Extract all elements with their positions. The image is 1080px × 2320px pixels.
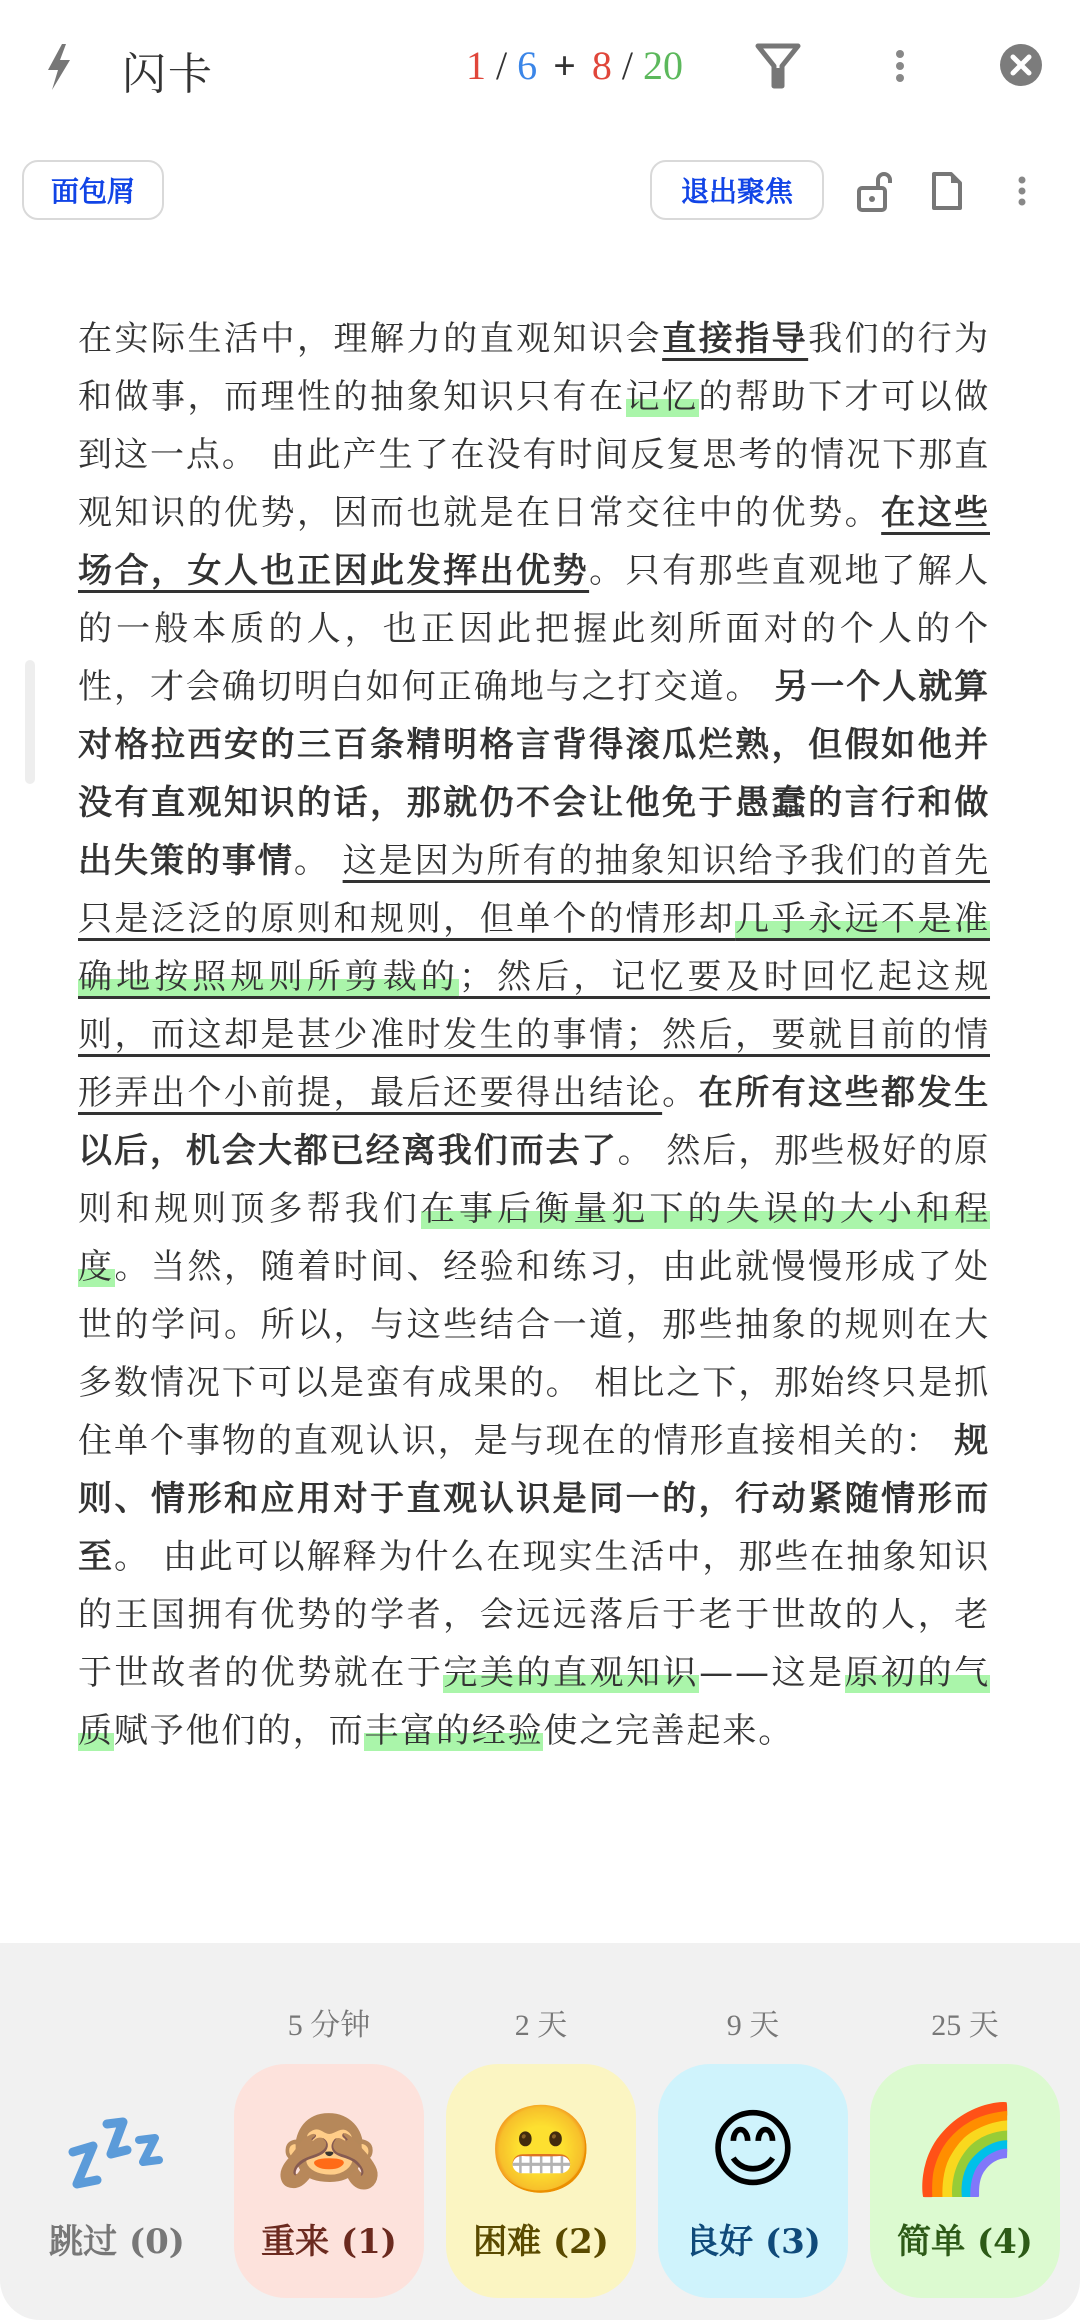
counter-separator: / xyxy=(496,42,507,89)
bold-text: 直接指导 xyxy=(662,319,808,359)
document-icon xyxy=(930,170,964,212)
good-label: 良好 (3) xyxy=(685,2214,821,2263)
text-segment: 在实际生活中，理解力的直观知识会 xyxy=(78,319,662,359)
filter-icon xyxy=(754,42,802,90)
flashcard-screen: 闪卡 1 / 6 + 8 / 20 面包 xyxy=(0,0,1080,2320)
text-segment: 。当然，随着时间、经验和练习，由此就慢慢形成了处世的学问。所以，与这些结合一道，… xyxy=(78,1247,990,1461)
text-segment: 。 xyxy=(294,841,343,881)
breadcrumb-button[interactable]: 面包屑 xyxy=(22,160,164,220)
filter-button[interactable] xyxy=(752,40,804,92)
page-title: 闪卡 xyxy=(122,38,214,102)
unlock-icon xyxy=(856,170,892,212)
document-button[interactable] xyxy=(930,170,964,212)
close-button[interactable] xyxy=(1000,44,1042,86)
interval-easy: 25 天 xyxy=(870,2000,1060,2044)
counter-total: 20 xyxy=(643,42,683,89)
hard-button[interactable]: 😬 困难 (2) xyxy=(446,2064,636,2298)
more-options-button[interactable] xyxy=(884,40,916,92)
interval-again: 5 分钟 xyxy=(234,2000,424,2044)
smiling-face-icon: 😊 xyxy=(708,2100,798,2200)
exit-focus-button[interactable]: 退出聚焦 xyxy=(650,160,824,220)
highlighted-text: 丰富的经验 xyxy=(364,1711,543,1751)
card-more-button[interactable] xyxy=(1010,170,1034,212)
interval-hard: 2 天 xyxy=(446,2000,636,2044)
text-segment: 赋予他们的，而 xyxy=(114,1711,365,1751)
interval-good: 9 天 xyxy=(658,2000,848,2044)
easy-label: 简单 (4) xyxy=(897,2214,1033,2263)
unlock-button[interactable] xyxy=(856,170,892,212)
counter-plus: + xyxy=(553,42,576,89)
grimacing-face-icon: 😬 xyxy=(487,2100,594,2200)
close-circle-icon xyxy=(1000,44,1042,86)
counter-separator: / xyxy=(622,42,633,89)
good-button[interactable]: 😊 良好 (3) xyxy=(658,2064,848,2298)
easy-button[interactable]: 🌈 简单 (4) xyxy=(870,2064,1060,2298)
rainbow-icon: 🌈 xyxy=(911,2100,1018,2200)
see-no-evil-monkey-icon: 🙈 xyxy=(275,2100,382,2200)
hard-label: 困难 (2) xyxy=(473,2214,609,2263)
more-vertical-icon xyxy=(894,48,906,84)
again-label: 重来 (1) xyxy=(261,2214,397,2263)
counter-new: 8 xyxy=(592,42,612,89)
again-button[interactable]: 🙈 重来 (1) xyxy=(234,2064,424,2298)
skip-button[interactable]: 跳过 (0) xyxy=(22,2064,212,2298)
counter-current: 1 xyxy=(466,42,486,89)
highlighted-text: 完美的直观知识 xyxy=(443,1653,699,1693)
highlighted-text: 记忆 xyxy=(626,377,699,417)
text-segment: ——这是 xyxy=(699,1653,844,1693)
lightning-bolt-icon xyxy=(44,44,74,90)
zzz-sleep-icon xyxy=(67,2100,167,2200)
review-counter: 1 / 6 + 8 / 20 xyxy=(466,42,683,89)
skip-label: 跳过 (0) xyxy=(49,2214,185,2263)
card-content: 在实际生活中，理解力的直观知识会直接指导我们的行为和做事，而理性的抽象知识只有在… xyxy=(78,310,990,1760)
scrollbar[interactable] xyxy=(25,660,35,784)
text-segment: 。 xyxy=(662,1073,699,1113)
more-vertical-icon xyxy=(1017,175,1027,207)
text-segment: 使之完善起来。 xyxy=(543,1711,794,1751)
counter-due: 6 xyxy=(517,42,537,89)
top-bar: 闪卡 1 / 6 + 8 / 20 xyxy=(0,0,1080,130)
